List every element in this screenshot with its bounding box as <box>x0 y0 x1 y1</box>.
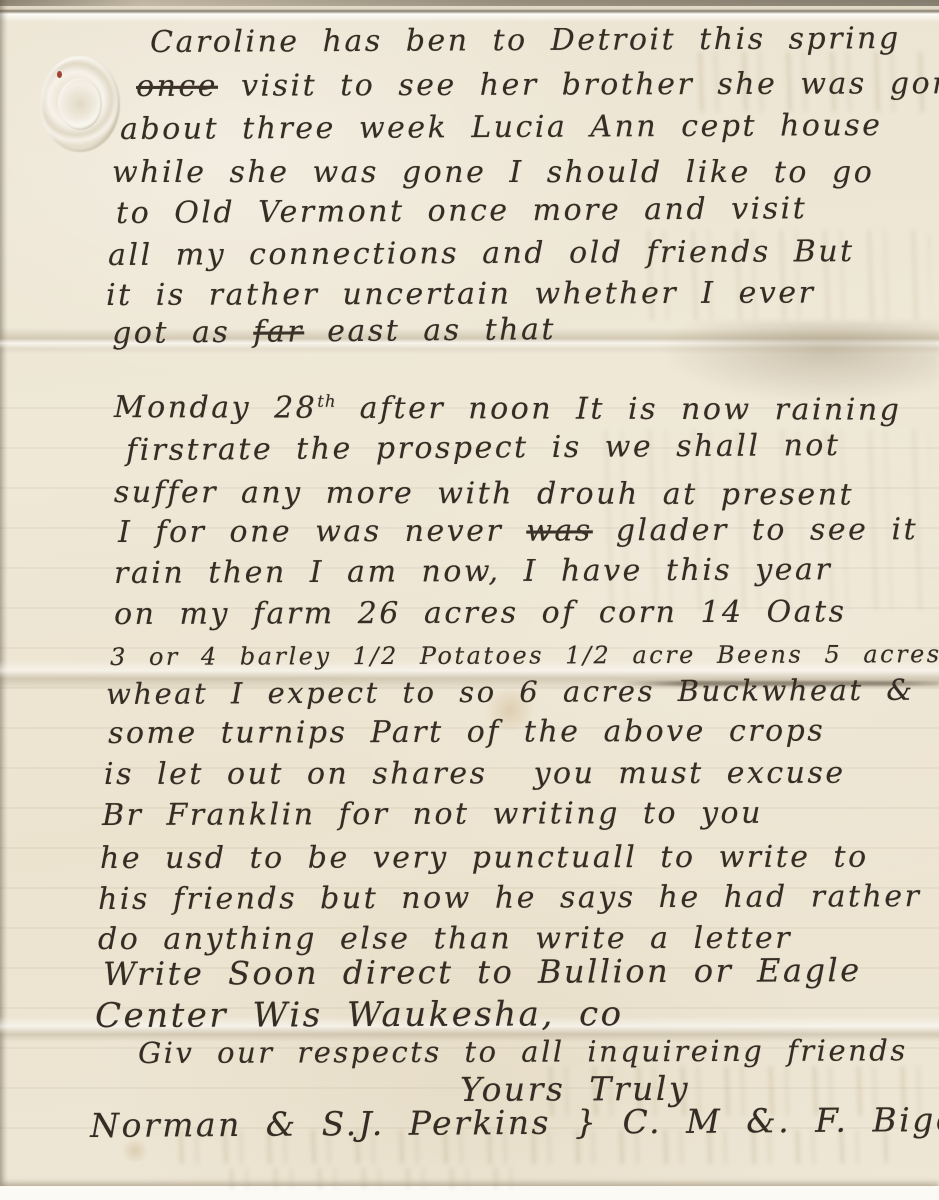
struck-out-word: once <box>136 69 218 104</box>
letter-line: wheat I expect to so 6 acres Buckwheat & <box>106 675 915 711</box>
left-paper-edge <box>0 0 8 1200</box>
letter-line: Norman & S.J. Perkins } C. M &. F. Bigel… <box>90 1101 939 1144</box>
letter-line: to Old Vermont once more and visit <box>116 192 807 230</box>
letter-line: it is rather uncertain whether I ever <box>106 277 815 312</box>
top-fold-crease-line <box>0 0 939 6</box>
letter-line: Br Franklin for not writing to you <box>102 797 763 832</box>
struck-out-word: was <box>526 513 593 548</box>
letter-line: about three week Lucia Ann cept house <box>120 109 883 146</box>
letter-line: Caroline has ben to Detroit this spring <box>150 22 901 59</box>
letter-line: firstrate the prospect is we shall not <box>126 429 841 467</box>
letter-line: he usd to be very punctuall to write to <box>100 841 869 875</box>
letter-line: some turnips Part of the above crops <box>108 714 825 750</box>
letter-line: suffer any more with drouh at present <box>114 476 854 512</box>
letter-line: on my farm 26 acres of corn 14 Oats <box>114 595 847 631</box>
struck-out-word: far <box>253 314 304 349</box>
bottom-paper-edge <box>0 1186 939 1200</box>
letter-line: Monday 28th after noon It is now raining <box>114 391 902 427</box>
letter-line: Write Soon direct to Bullion or Eagle <box>103 953 862 992</box>
letter-line: rain then I am now, I have this year <box>114 553 832 590</box>
letter-line: got as far east as that <box>112 313 556 350</box>
letter-line: his friends but now he says he had rathe… <box>98 880 921 916</box>
ink-bleed-through <box>220 1168 520 1188</box>
letter-line: Giv our respects to all inquireing frien… <box>138 1035 908 1070</box>
fold-crease-upper-shadow <box>660 322 939 402</box>
superscript: th <box>317 392 336 411</box>
letter-line: once visit to see her brother she was go… <box>136 67 939 103</box>
red-ink-speck <box>57 71 62 78</box>
letter-page: Caroline has ben to Detroit this springo… <box>0 0 939 1200</box>
embossed-seal-center <box>58 78 102 130</box>
letter-line: do anything else than write a letter <box>98 922 792 956</box>
letter-line: 3 or 4 barley 1/2 Potatoes 1/2 acre Been… <box>110 641 939 671</box>
letter-line: Center Wis Waukesha, co <box>95 996 624 1035</box>
letter-line: all my connections and old friends But <box>108 235 855 272</box>
letter-line: is let out on shares you must excuse <box>104 757 846 791</box>
letter-line: I for one was never was glader to see it <box>118 513 918 549</box>
letter-line: while she was gone I should like to go <box>112 156 874 189</box>
